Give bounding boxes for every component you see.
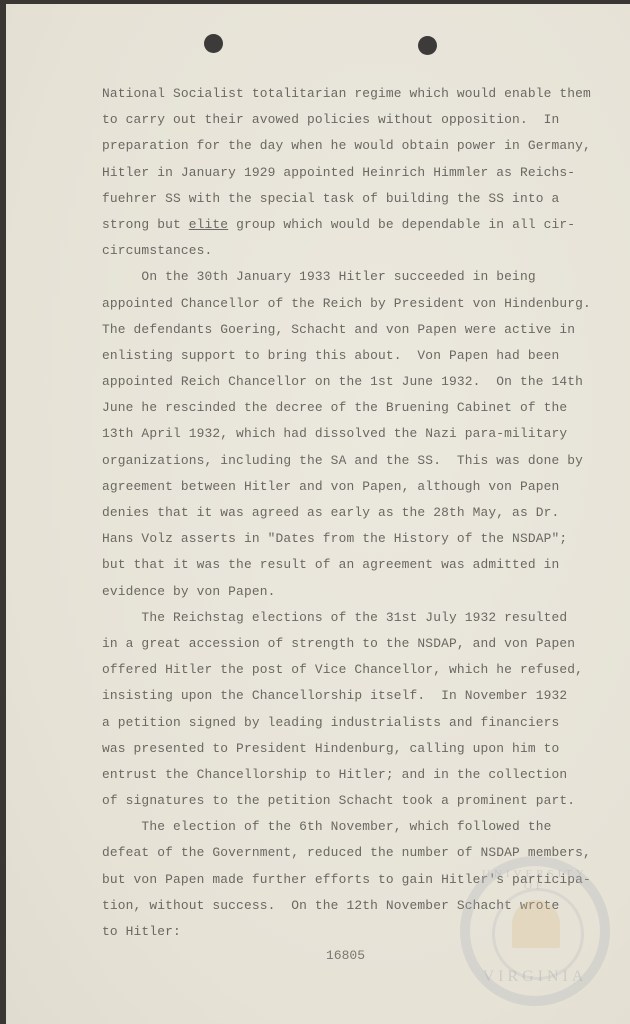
page-number: 16805 bbox=[326, 948, 365, 963]
paragraph-start: The Reichstag elections of the 31st July… bbox=[102, 605, 602, 631]
paragraph-start: The election of the 6th November, which … bbox=[102, 814, 602, 840]
text-line: insisting upon the Chancellorship itself… bbox=[102, 683, 602, 709]
text-line: was presented to President Hindenburg, c… bbox=[102, 736, 602, 762]
text-line: organizations, including the SA and the … bbox=[102, 448, 602, 474]
text-fragment: strong but bbox=[102, 217, 189, 232]
text-line: Hitler in January 1929 appointed Heinric… bbox=[102, 160, 602, 186]
text-line: denies that it was agreed as early as th… bbox=[102, 500, 602, 526]
text-line: preparation for the day when he would ob… bbox=[102, 133, 602, 159]
text-line: June he rescinded the decree of the Brue… bbox=[102, 395, 602, 421]
text-line: offered Hitler the post of Vice Chancell… bbox=[102, 657, 602, 683]
punch-hole-right bbox=[418, 36, 437, 55]
text-line: The defendants Goering, Schacht and von … bbox=[102, 317, 602, 343]
text-fragment: group which would be dependable in all c… bbox=[228, 217, 575, 232]
text-line: appointed Reich Chancellor on the 1st Ju… bbox=[102, 369, 602, 395]
text-line: but that it was the result of an agreeme… bbox=[102, 552, 602, 578]
text-line: circumstances. bbox=[102, 238, 602, 264]
text-line: strong but elite group which would be de… bbox=[102, 212, 602, 238]
underlined-word: elite bbox=[189, 217, 228, 232]
document-page: National Socialist totalitarian regime w… bbox=[6, 4, 630, 1024]
text-line: in a great accession of strength to the … bbox=[102, 631, 602, 657]
text-line: enlisting support to bring this about. V… bbox=[102, 343, 602, 369]
seal-top-text: UNIVERSITY OF bbox=[470, 868, 600, 892]
punch-hole-left bbox=[204, 34, 223, 53]
text-line: to carry out their avowed policies witho… bbox=[102, 107, 602, 133]
seal-bottom-text: VIRGINIA bbox=[470, 968, 600, 986]
typed-text-body: National Socialist totalitarian regime w… bbox=[102, 81, 602, 945]
text-line: of signatures to the petition Schacht to… bbox=[102, 788, 602, 814]
rotunda-icon bbox=[512, 900, 560, 948]
text-line: Hans Volz asserts in "Dates from the His… bbox=[102, 526, 602, 552]
text-line: 13th April 1932, which had dissolved the… bbox=[102, 421, 602, 447]
paragraph-start: On the 30th January 1933 Hitler succeede… bbox=[102, 264, 602, 290]
text-line: evidence by von Papen. bbox=[102, 579, 602, 605]
text-line: National Socialist totalitarian regime w… bbox=[102, 81, 602, 107]
text-line: a petition signed by leading industriali… bbox=[102, 710, 602, 736]
text-line: appointed Chancellor of the Reich by Pre… bbox=[102, 291, 602, 317]
text-line: entrust the Chancellorship to Hitler; an… bbox=[102, 762, 602, 788]
text-line: agreement between Hitler and von Papen, … bbox=[102, 474, 602, 500]
university-seal-watermark-icon: UNIVERSITY OF VIRGINIA bbox=[460, 856, 610, 1006]
text-line: fuehrer SS with the special task of buil… bbox=[102, 186, 602, 212]
